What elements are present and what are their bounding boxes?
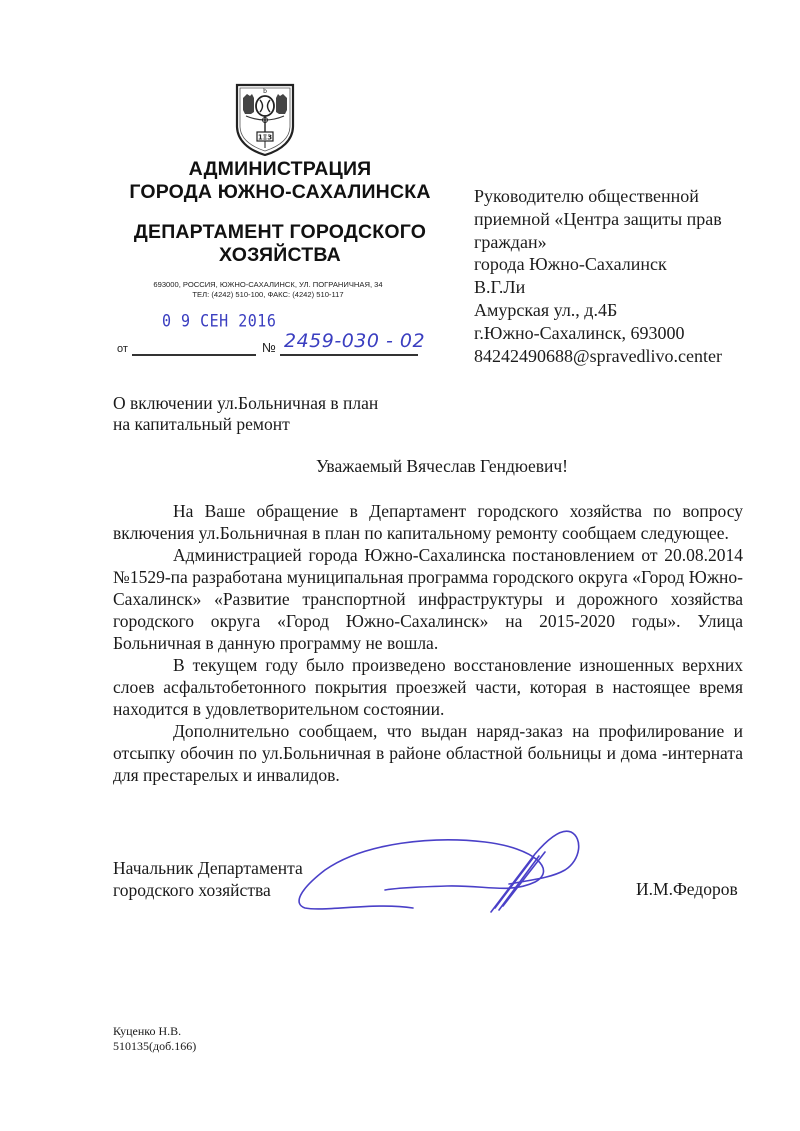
signer-title-line: Начальник Департамента: [113, 857, 303, 879]
body-paragraph: Администрацией города Южно-Сахалинска по…: [113, 544, 743, 654]
recipient-block: Руководителю общественной приемной «Цент…: [474, 185, 774, 367]
number-underline: [280, 354, 418, 356]
date-stamp: 0 9 СЕН 2016: [162, 311, 276, 332]
address-line: 693000, РОССИЯ, ЮЖНО-САХАЛИНСК, УЛ. ПОГР…: [118, 280, 418, 290]
department-name: ДЕПАРТАМЕНТ ГОРОДСКОГО ХОЗЯЙСТВА: [100, 221, 460, 267]
recipient-line: граждан»: [474, 231, 774, 254]
signer-title-line: городского хозяйства: [113, 879, 303, 901]
date-underline: [132, 354, 256, 356]
svg-text:1Ξ3: 1Ξ3: [258, 134, 272, 142]
greeting: Уважаемый Вячеслав Гендюевич!: [100, 456, 772, 477]
org-line: АДМИНИСТРАЦИЯ: [100, 158, 460, 181]
handwritten-signature-icon: [295, 820, 595, 920]
body-paragraph: На Ваше обращение в Департамент городско…: [113, 500, 743, 544]
svg-text:b: b: [263, 88, 267, 95]
executor-phone: 510135(доб.166): [113, 1039, 196, 1054]
dept-line: ХОЗЯЙСТВА: [100, 244, 460, 267]
recipient-line: В.Г.Ли: [474, 276, 774, 299]
registration-number: 2459-030 - 02: [284, 330, 425, 352]
recipient-line: города Южно-Сахалинск: [474, 253, 774, 276]
signer-name: И.М.Федоров: [636, 879, 738, 900]
subject-line: О включении ул.Больничная в план: [113, 393, 378, 414]
organization-address: 693000, РОССИЯ, ЮЖНО-САХАЛИНСК, УЛ. ПОГР…: [118, 280, 418, 300]
recipient-line: приемной «Центра защиты прав: [474, 208, 774, 231]
org-line: ГОРОДА ЮЖНО-САХАЛИНСКА: [100, 181, 460, 204]
recipient-email: 84242490688@spravedlivo.center: [474, 345, 774, 368]
recipient-line: г.Южно-Сахалинск, 693000: [474, 322, 774, 345]
body-paragraph: В текущем году было произведено восстано…: [113, 654, 743, 720]
number-label: №: [262, 340, 276, 355]
address-line: ТЕЛ: (4242) 510-100, ФАКС: (4242) 510-11…: [118, 290, 418, 300]
body-paragraph: Дополнительно сообщаем, что выдан наряд-…: [113, 720, 743, 786]
letter-body: На Ваше обращение в Департамент городско…: [113, 500, 743, 786]
executor-name: Куценко Н.В.: [113, 1024, 196, 1039]
from-date-label: от: [117, 343, 128, 355]
recipient-line: Амурская ул., д.4Б: [474, 299, 774, 322]
city-coat-of-arms-icon: b 1Ξ3: [234, 82, 296, 156]
letter-subject: О включении ул.Больничная в план на капи…: [113, 393, 378, 435]
recipient-line: Руководителю общественной: [474, 185, 774, 208]
organization-name: АДМИНИСТРАЦИЯ ГОРОДА ЮЖНО-САХАЛИНСКА: [100, 158, 460, 204]
executor-block: Куценко Н.В. 510135(доб.166): [113, 1024, 196, 1054]
signer-title: Начальник Департамента городского хозяйс…: [113, 857, 303, 901]
subject-line: на капитальный ремонт: [113, 414, 378, 435]
dept-line: ДЕПАРТАМЕНТ ГОРОДСКОГО: [100, 221, 460, 244]
